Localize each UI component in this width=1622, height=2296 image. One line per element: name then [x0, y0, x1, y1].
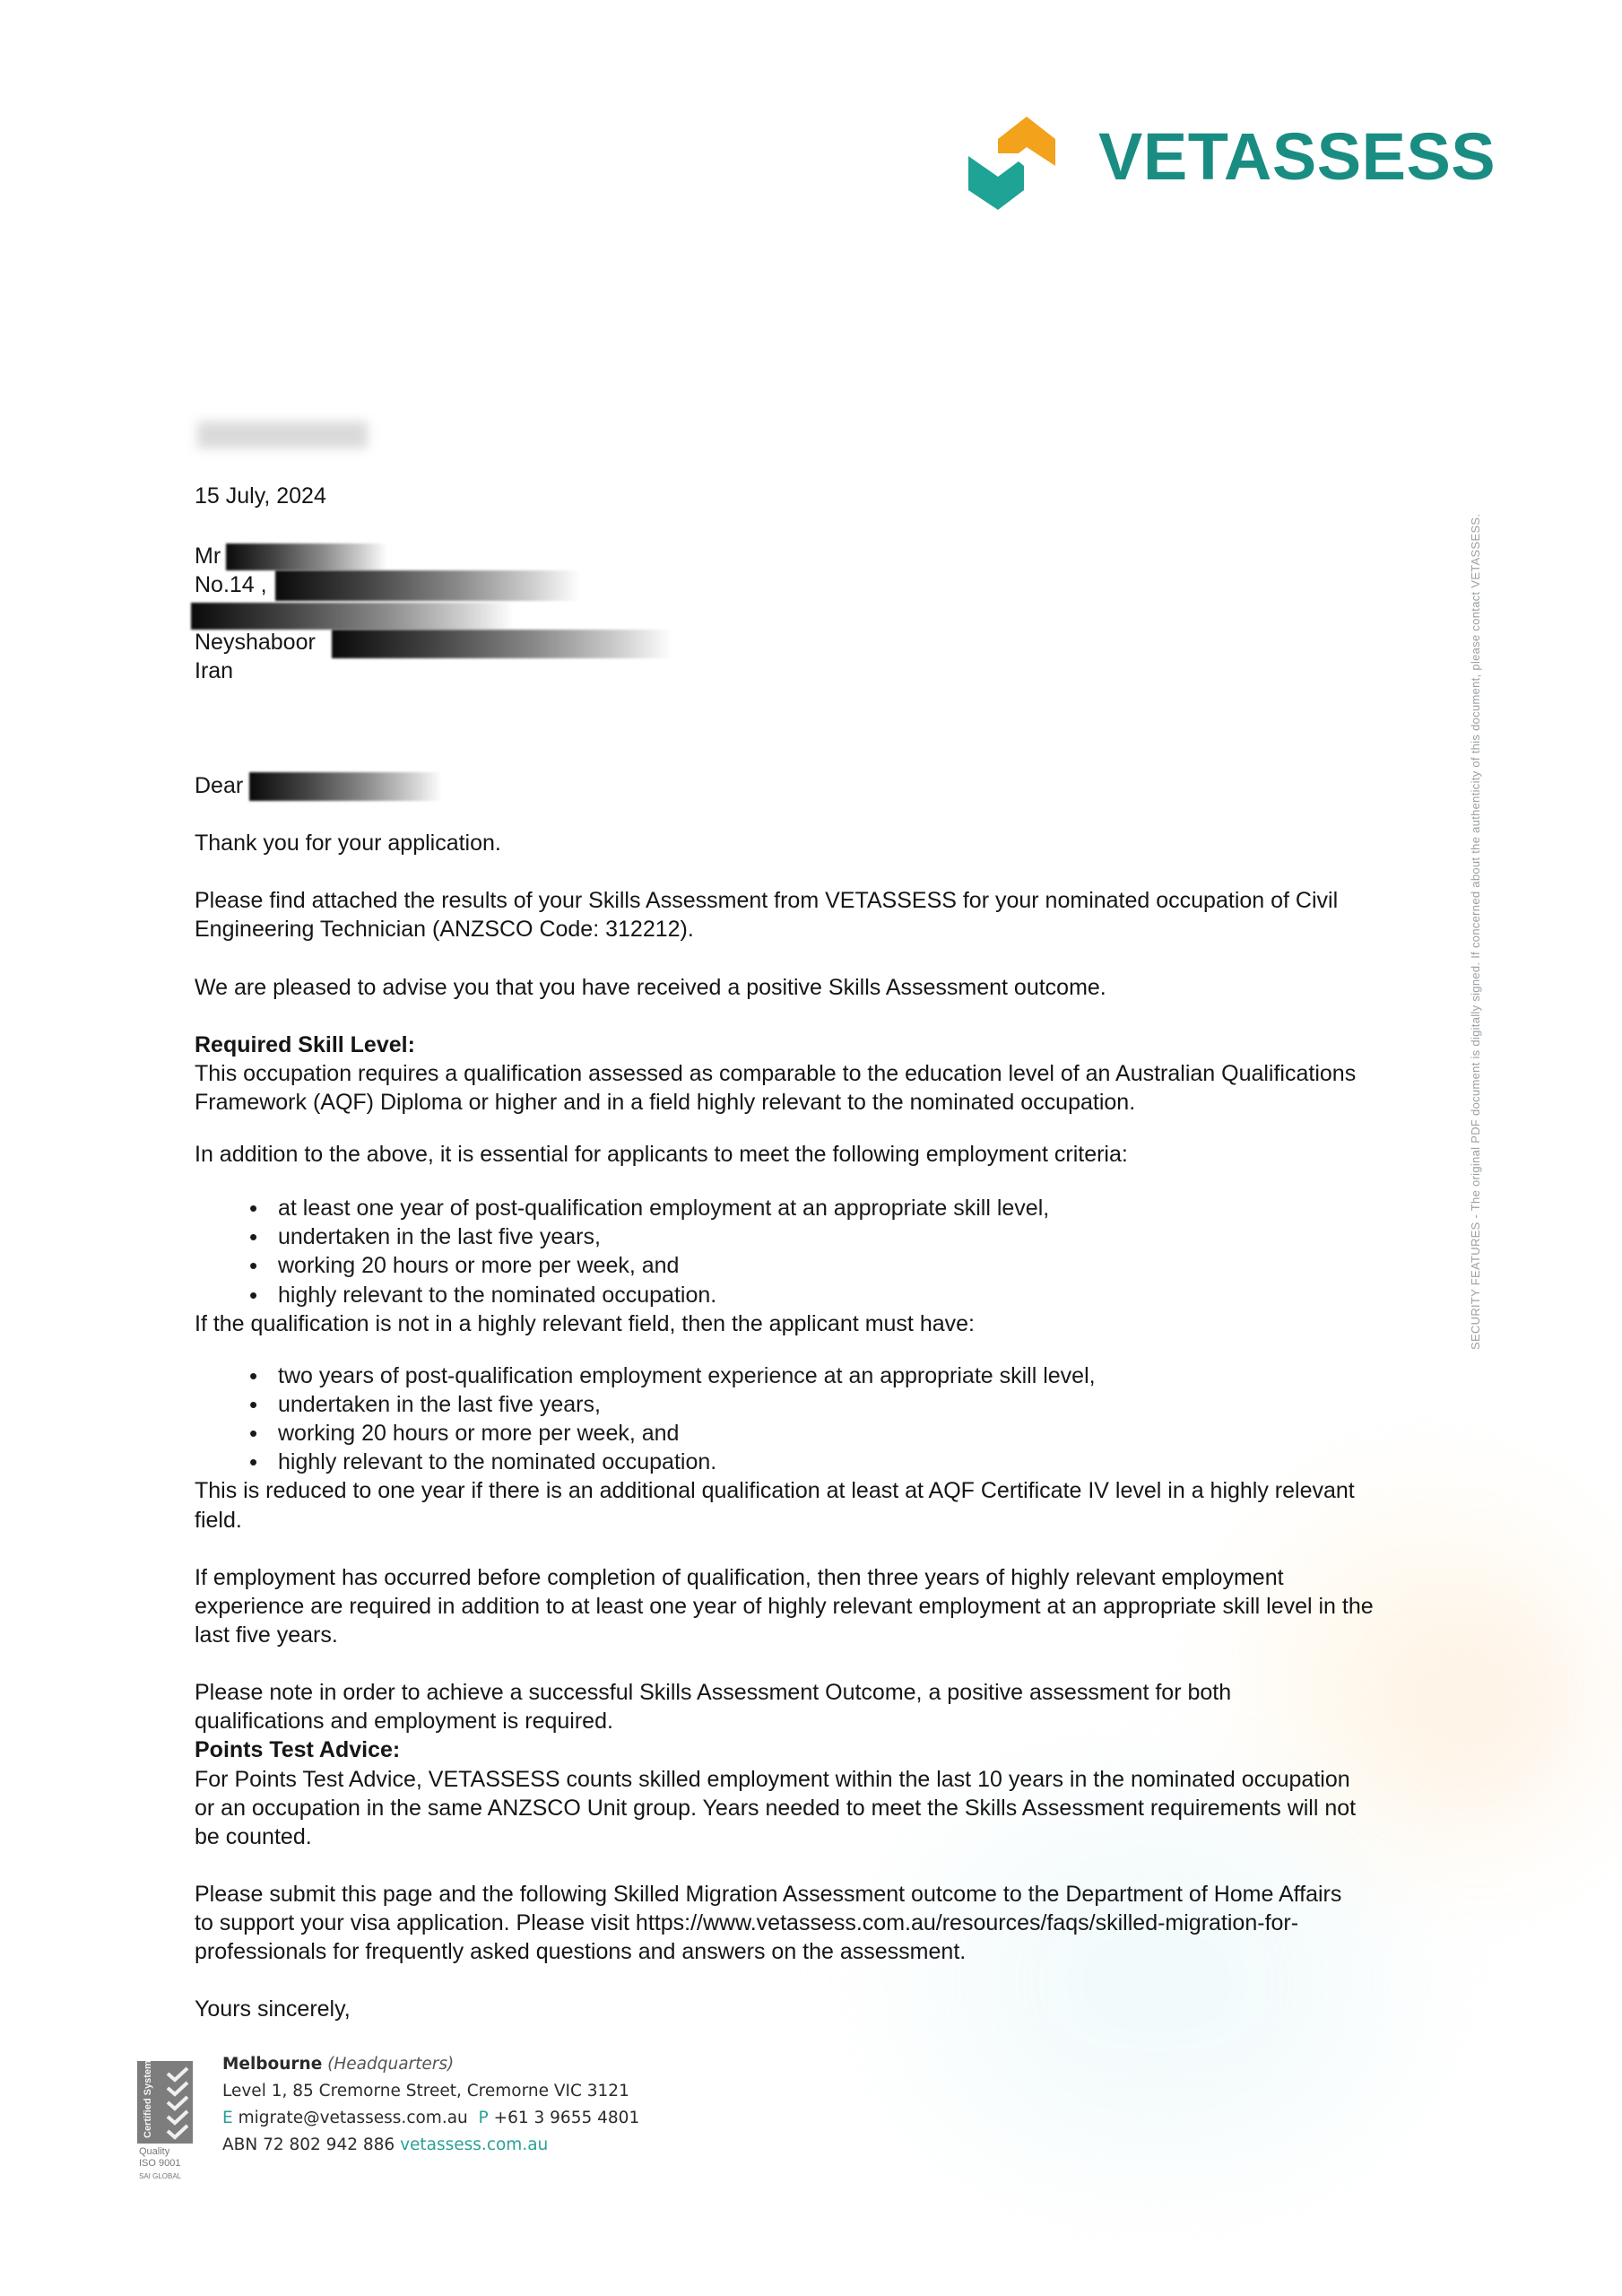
footer-address: Level 1, 85 Cremorne Street, Cremorne VI… [222, 2081, 629, 2102]
skill-para: This occupation requires a qualification… [195, 1059, 1356, 1088]
criteria-list-item: undertaken in the last five years, [278, 1222, 601, 1251]
submit-para: Please submit this page and the followin… [195, 1880, 1341, 1909]
address-name-prefix: Mr [195, 542, 221, 570]
footer-office-line: Melbourne (Headquarters) [222, 2054, 454, 2075]
criteria-list-item: working 20 hours or more per week, and [278, 1419, 679, 1448]
attached-para: Please find attached the results of your… [195, 886, 1338, 915]
abn: ABN 72 802 942 886 [222, 2135, 395, 2154]
badge-certified-text: Certified System [143, 2060, 153, 2138]
redacted-name [226, 544, 387, 570]
note-para: Please note in order to achieve a succes… [195, 1678, 1231, 1707]
criteria-list-item: undertaken in the last five years, [278, 1390, 601, 1419]
heading-points-test-advice: Points Test Advice: [195, 1735, 400, 1764]
email-link[interactable]: migrate@vetassess.com.au [239, 2109, 468, 2127]
submit-para: to support your visa application. Please… [195, 1909, 1298, 1937]
note-para: qualifications and employment is require… [195, 1707, 613, 1735]
iso-certification-badge: Certified System Quality ISO 9001 SAI GL… [137, 2061, 193, 2182]
footer-contact-line: E migrate@vetassess.com.au P +61 3 9655 … [222, 2108, 639, 2129]
points-para: or an occupation in the same ANZSCO Unit… [195, 1794, 1356, 1822]
criteria-list-item: highly relevant to the nominated occupat… [278, 1448, 716, 1476]
address-street-prefix: No.14 , [195, 570, 267, 599]
redacted-address-line [191, 603, 514, 630]
attached-para: Engineering Technician (ANZSCO Code: 312… [195, 915, 694, 944]
phone-label: P [479, 2109, 489, 2127]
security-note: SECURITY FEATURES - The original PDF doc… [1469, 514, 1482, 1350]
watermark-blob [1237, 1453, 1614, 1919]
address-city: Neyshaboor [195, 628, 316, 657]
office-name: Melbourne [222, 2055, 322, 2074]
submit-para: professionals for frequently asked quest… [195, 1937, 966, 1966]
vetassess-logo: VETASSESS [968, 117, 1506, 215]
website-link[interactable]: vetassess.com.au [400, 2135, 548, 2154]
badge-quality: Quality [139, 2146, 169, 2158]
email-label: E [222, 2109, 233, 2127]
badge-box: Certified System [137, 2061, 193, 2144]
heading-required-skill-level: Required Skill Level: [195, 1031, 415, 1059]
redacted-street [275, 570, 580, 601]
address-country: Iran [195, 657, 233, 685]
before-completion-para: If employment has occurred before comple… [195, 1563, 1284, 1592]
reduced-para: field. [195, 1506, 242, 1535]
points-para: be counted. [195, 1822, 312, 1851]
closing: Yours sincerely, [195, 1995, 351, 2023]
employment-criteria-intro: In addition to the above, it is essentia… [195, 1140, 1128, 1169]
criteria-list-item: two years of post-qualification employme… [278, 1361, 1096, 1390]
thanks-line: Thank you for your application. [195, 829, 501, 857]
badge-sai: SAI GLOBAL [139, 2170, 181, 2182]
office-note: (Headquarters) [327, 2055, 454, 2074]
criteria-list-item: highly relevant to the nominated occupat… [278, 1281, 716, 1309]
redacted-recipient [249, 772, 442, 801]
not-relevant-intro: If the qualification is not in a highly … [195, 1309, 975, 1338]
reduced-para: This is reduced to one year if there is … [195, 1476, 1355, 1505]
before-completion-para: experience are required in addition to a… [195, 1592, 1374, 1621]
badge-iso: ISO 9001 [139, 2158, 180, 2170]
brand-name: VETASSESS [1098, 124, 1496, 190]
before-completion-para: last five years. [195, 1621, 338, 1649]
salutation: Dear [195, 771, 243, 800]
phone-number: +61 3 9655 4801 [494, 2109, 640, 2127]
footer-abn-line: ABN 72 802 942 886 vetassess.com.au [222, 2135, 548, 2156]
skill-para: Framework (AQF) Diploma or higher and in… [195, 1088, 1135, 1117]
letter-date: 15 July, 2024 [195, 482, 326, 510]
checkmarks-icon [164, 2065, 191, 2142]
watermark-blob [1345, 1570, 1614, 1839]
chevron-logo-icon [968, 117, 1071, 211]
watermark-blob [843, 1794, 1470, 2170]
criteria-list-item: at least one year of post-qualification … [278, 1194, 1049, 1222]
redacted-reference [197, 422, 368, 448]
positive-outcome-para: We are pleased to advise you that you ha… [195, 973, 1106, 1002]
points-para: For Points Test Advice, VETASSESS counts… [195, 1765, 1350, 1794]
criteria-list-item: working 20 hours or more per week, and [278, 1251, 679, 1280]
redacted-city-detail [332, 630, 672, 658]
